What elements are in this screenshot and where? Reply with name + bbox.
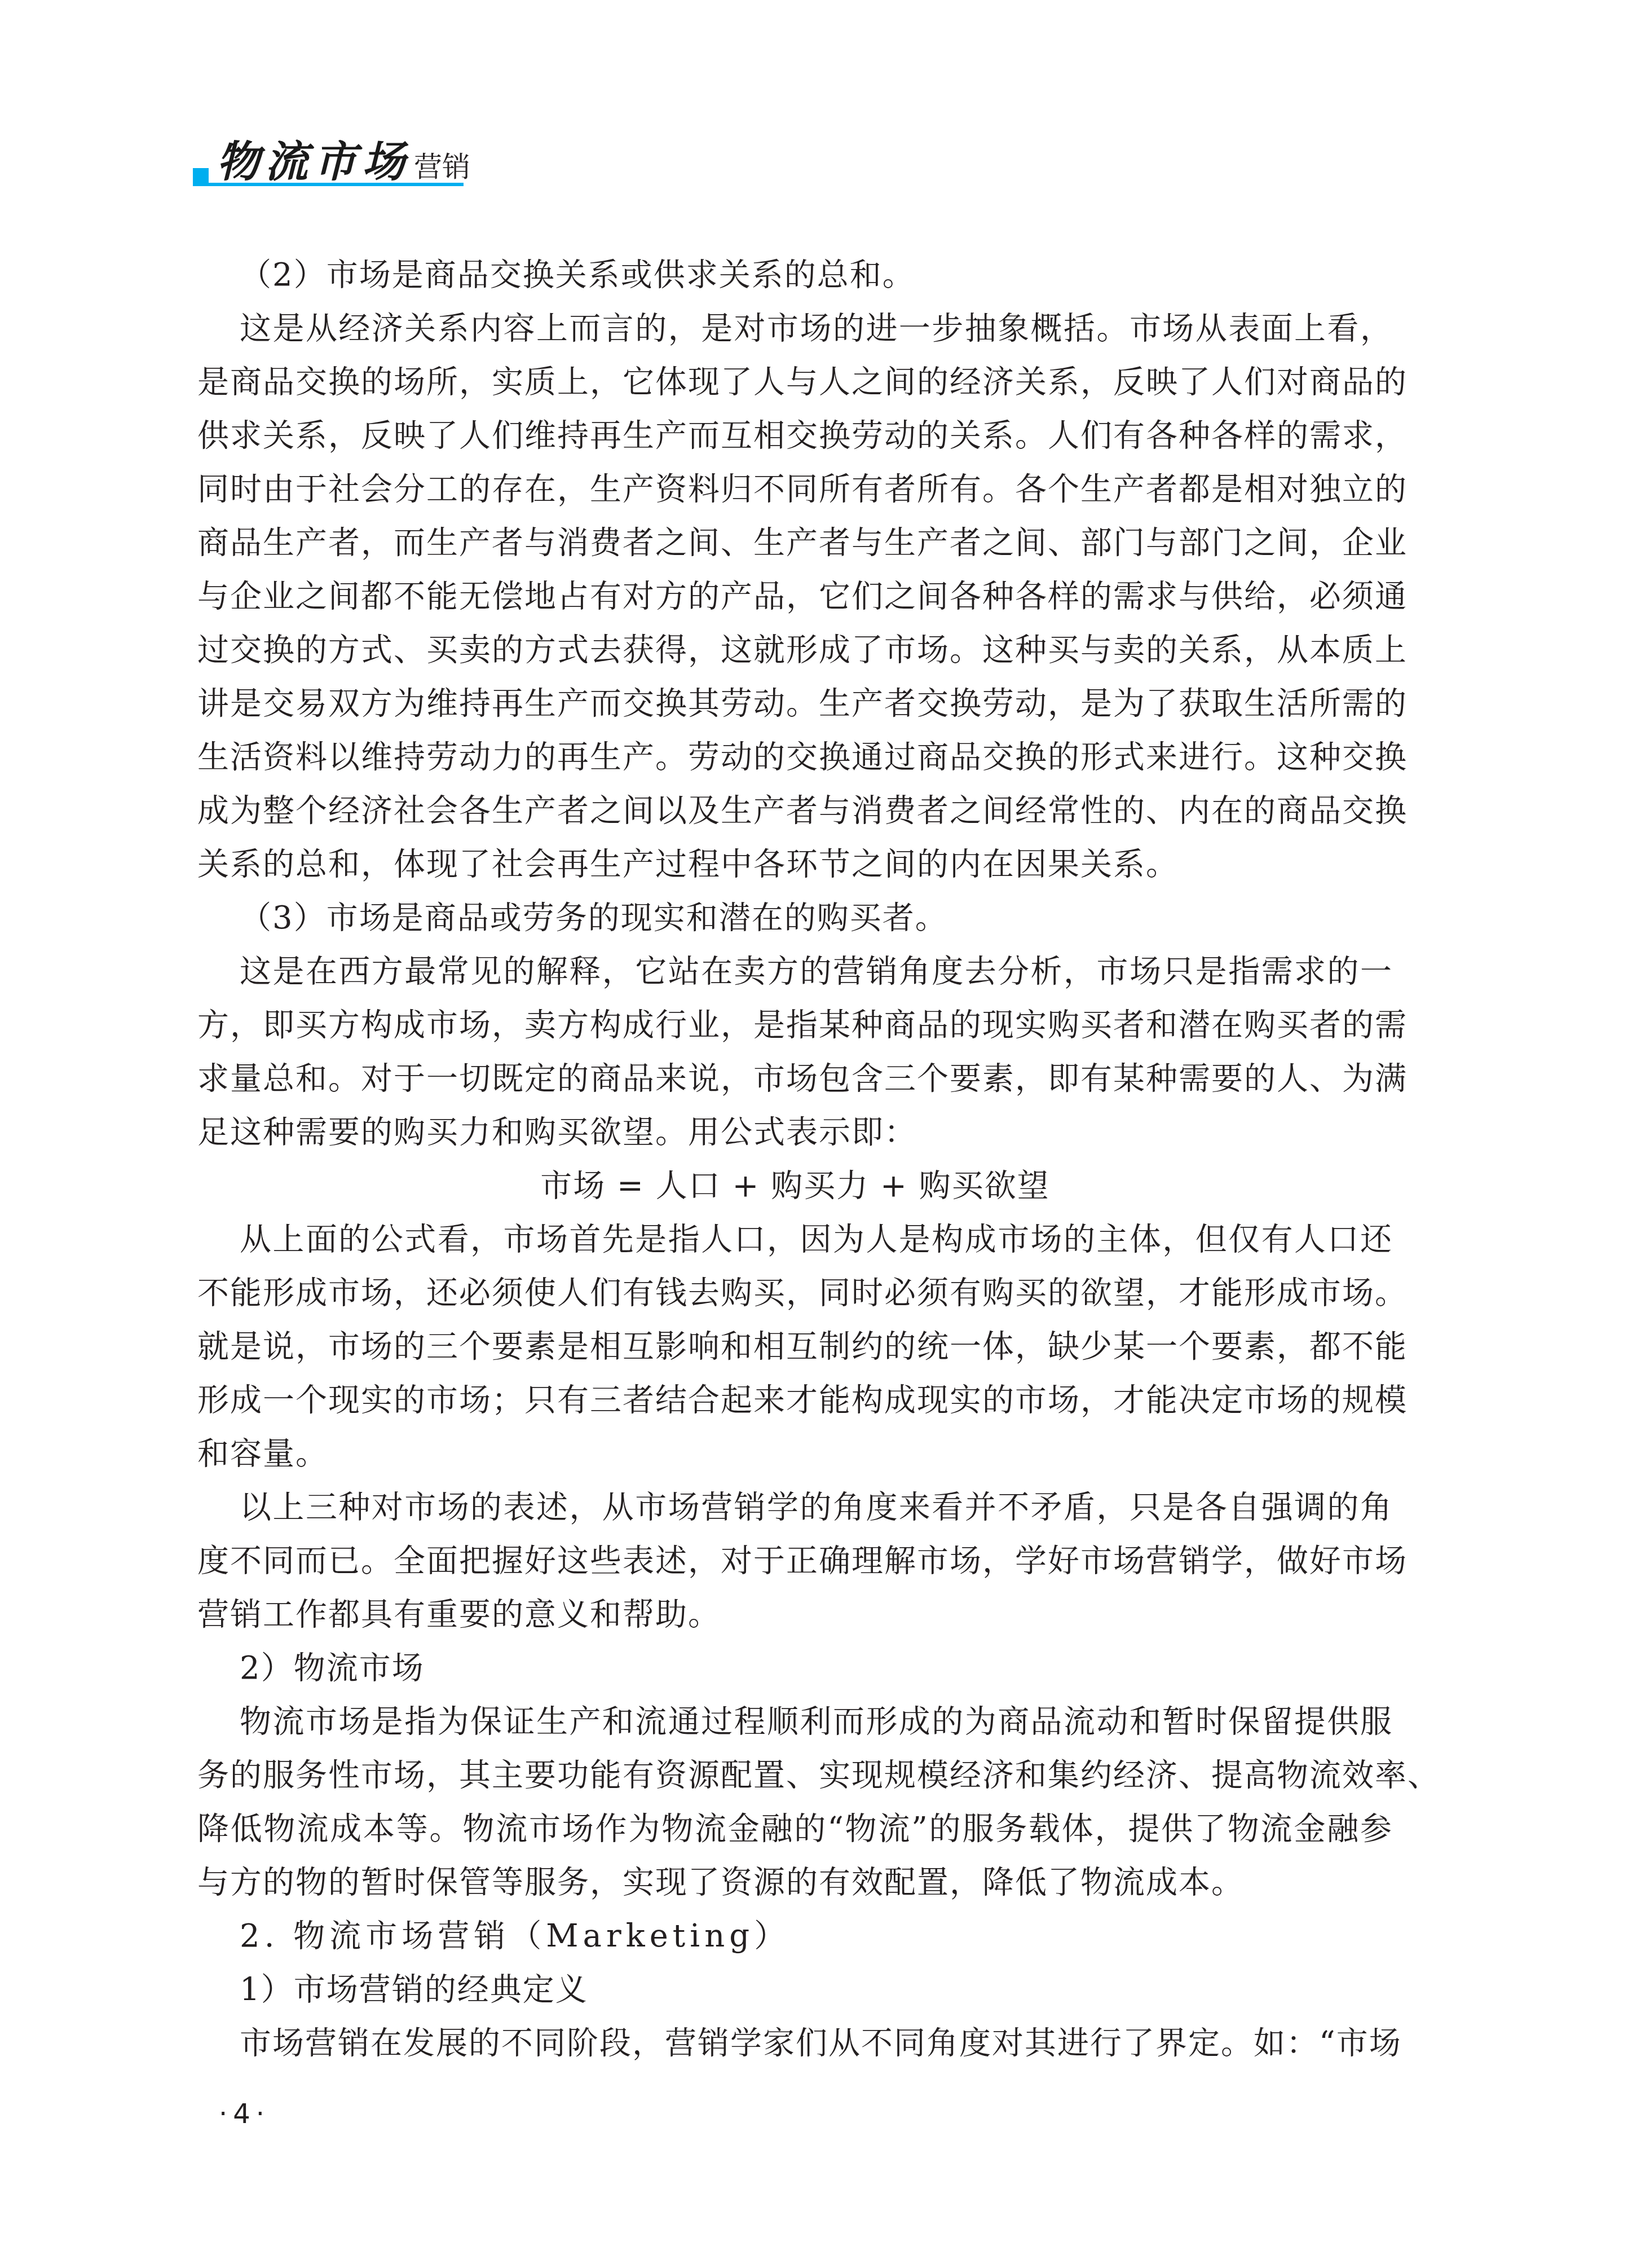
text-line: 是商品交换的场所，实质上，它体现了人与人之间的经济关系，反映了人们对商品的 (197, 355, 1393, 409)
text-line: 市场 = 人口 + 购买力 + 购买欲望 (197, 1159, 1393, 1213)
text-line: 市场营销在发展的不同阶段，营销学家们从不同角度对其进行了界定。如：“市场 (197, 2016, 1393, 2070)
book-title-plain: 营销 (414, 151, 470, 183)
text-line: 关系的总和，体现了社会再生产过程中各环节之间的内在因果关系。 (197, 838, 1393, 891)
text-line: 营销工作都具有重要的意义和帮助。 (197, 1588, 1393, 1641)
text-line: 降低物流成本等。物流市场作为物流金融的“物流”的服务载体，提供了物流金融参 (197, 1802, 1393, 1856)
book-title-calligraphy: 物流市场 (217, 136, 411, 187)
text-line: 务的服务性市场，其主要功能有资源配置、实现规模经济和集约经济、提高物流效率、 (197, 1749, 1393, 1802)
text-line: 就是说，市场的三个要素是相互影响和相互制约的统一体，缺少某一个要素，都不能 (197, 1320, 1393, 1373)
text-line: 与方的物的暂时保管等服务，实现了资源的有效配置，降低了物流成本。 (197, 1856, 1393, 1909)
text-line: 形成一个现实的市场；只有三者结合起来才能构成现实的市场，才能决定市场的规模 (197, 1373, 1393, 1427)
text-line: 从上面的公式看，市场首先是指人口，因为人是构成市场的主体，但仅有人口还 (197, 1213, 1393, 1266)
running-header: 物流市场营销 (193, 123, 464, 179)
text-line: 供求关系，反映了人们维持再生产而互相交换劳动的关系。人们有各种各样的需求， (197, 409, 1393, 463)
text-line: 同时由于社会分工的存在，生产资料归不同所有者所有。各个生产者都是相对独立的 (197, 463, 1393, 516)
text-line: 2）物流市场 (197, 1641, 1393, 1695)
text-line: 足这种需要的购买力和购买欲望。用公式表示即： (197, 1106, 1393, 1159)
text-line: 生活资料以维持劳动力的再生产。劳动的交换通过商品交换的形式来进行。这种交换 (197, 730, 1393, 784)
body-text: （2）市场是商品交换关系或供求关系的总和。这是从经济关系内容上而言的，是对市场的… (197, 248, 1393, 2070)
text-line: 不能形成市场，还必须使人们有钱去购买，同时必须有购买的欲望，才能形成市场。 (197, 1266, 1393, 1320)
text-line: 这是从经济关系内容上而言的，是对市场的进一步抽象概括。市场从表面上看， (197, 302, 1393, 355)
text-line: 以上三种对市场的表述，从市场营销学的角度来看并不矛盾，只是各自强调的角 (197, 1481, 1393, 1534)
text-line: 成为整个经济社会各生产者之间以及生产者与消费者之间经常性的、内在的商品交换 (197, 784, 1393, 838)
text-line: 1）市场营销的经典定义 (197, 1963, 1393, 2016)
text-line: 与企业之间都不能无偿地占有对方的产品，它们之间各种各样的需求与供给，必须通 (197, 570, 1393, 623)
book-title: 物流市场营销 (217, 127, 470, 189)
text-line: （3）市场是商品或劳务的现实和潜在的购买者。 (197, 891, 1393, 945)
text-line: 商品生产者，而生产者与消费者之间、生产者与生产者之间、部门与部门之间，企业 (197, 516, 1393, 570)
page-number: ·4· (219, 2098, 270, 2130)
text-line: 这是在西方最常见的解释，它站在卖方的营销角度去分析，市场只是指需求的一 (197, 945, 1393, 998)
text-line: 和容量。 (197, 1427, 1393, 1481)
text-line: （2）市场是商品交换关系或供求关系的总和。 (197, 248, 1393, 302)
text-line: 物流市场是指为保证生产和流通过程顺利而形成的为商品流动和暂时保留提供服 (197, 1695, 1393, 1749)
text-line: 度不同而已。全面把握好这些表述，对于正确理解市场，学好市场营销学，做好市场 (197, 1534, 1393, 1588)
text-line: 方，即买方构成市场，卖方构成行业，是指某种商品的现实购买者和潜在购买者的需 (197, 998, 1393, 1052)
text-line: 求量总和。对于一切既定的商品来说，市场包含三个要素，即有某种需要的人、为满 (197, 1052, 1393, 1106)
text-line: 2. 物流市场营销（Marketing） (197, 1909, 1393, 1963)
text-line: 讲是交易双方为维持再生产而交换其劳动。生产者交换劳动，是为了获取生活所需的 (197, 677, 1393, 730)
text-line: 过交换的方式、买卖的方式去获得，这就形成了市场。这种买与卖的关系，从本质上 (197, 623, 1393, 677)
